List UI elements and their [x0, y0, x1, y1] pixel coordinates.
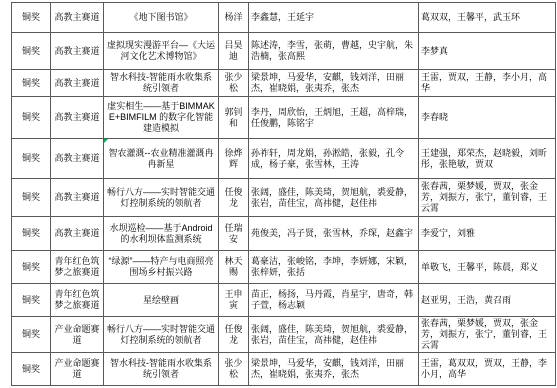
- cell-advisors[interactable]: 王建强，郑荣杰，赵晓毅，刘昕彤，张艳敏，贾双: [419, 139, 556, 179]
- cell-award[interactable]: 铜奖: [12, 251, 51, 284]
- cell-advisors[interactable]: 赵亚男，王浩，黄召雨: [419, 284, 556, 317]
- cell-team[interactable]: 梁景坤，马爱华，安麒，钱刘洋，田丽杰，崔晓娟，张夷乔，张杰: [249, 70, 419, 97]
- cell-award[interactable]: 铜奖: [12, 3, 51, 33]
- cell-award[interactable]: 铜奖: [12, 284, 51, 317]
- cell-team[interactable]: 苑俊美，冯子贤，张雪林，乔琛，赵鑫宇: [249, 217, 419, 251]
- cell-leader[interactable]: 任俊龙: [219, 179, 249, 217]
- green-note-indicator-icon: [104, 139, 108, 143]
- cell-track[interactable]: 青年红色筑梦之旅赛道: [51, 251, 104, 284]
- cell-advisors[interactable]: 张春茜，栗梦媛，贾双，张金芳，刘振方，张宁，董钊睿，王云霄: [419, 179, 556, 217]
- cell-leader[interactable]: 徐烨辉: [219, 139, 249, 179]
- cell-award[interactable]: 铜奖: [12, 179, 51, 217]
- cell-project[interactable]: 虚拟现实漫游平台—《大运河文化艺术博物馆》: [104, 33, 219, 70]
- cell-advisors[interactable]: 张春茜，栗梦媛，贾双，张金芳，刘振方，张宁，董钊睿，王云霄: [419, 317, 556, 353]
- table-row: 铜奖高教主赛道水坝巡检——基于Android的水利坝体监测系统任瑞安苑俊美，冯子…: [12, 217, 556, 251]
- table-row: 铜奖高教主赛道智农灌溉--农业精准灌溉冉冉新星徐烨辉孙祚轩，周龙娟，孙淞皓，张毅…: [12, 139, 556, 179]
- cell-project[interactable]: 水坝巡检——基于Android的水利坝体监测系统: [104, 217, 219, 251]
- cell-leader[interactable]: 任俊龙: [219, 317, 249, 353]
- cell-team[interactable]: 陈述涛，李雪，张萌，曹越，史宇航，朱浩楠，张高熙: [249, 33, 419, 70]
- cell-advisors[interactable]: 王雷，葛双双，贾双，王静，李小月，高华: [419, 353, 556, 386]
- cell-track[interactable]: 高教主赛道: [51, 33, 104, 70]
- cell-team[interactable]: 梁景坤，马爱华，安麒，钱刘洋，田丽杰，崔晓娟，张夷乔，张杰: [249, 353, 419, 386]
- cell-advisors[interactable]: 李春晓: [419, 97, 556, 139]
- cell-advisors[interactable]: 葛双双，王馨平，武玉环: [419, 3, 556, 33]
- table-row: 铜奖高教主赛道虚实相生——基于BIMMAKE+BIMFILM 的数字化智能建造模…: [12, 97, 556, 139]
- cell-award[interactable]: 铜奖: [12, 217, 51, 251]
- awards-table-body: 铜奖高教主赛道《地下图书馆》杨洋李鑫慧，王延宇葛双双，王馨平，武玉环铜奖高教主赛…: [12, 3, 556, 386]
- cell-team[interactable]: 孙祚轩，周龙娟，孙淞皓，张毅，孔令成，杨子豪，张雪林，王涛: [249, 139, 419, 179]
- cell-project[interactable]: “绿源”——特产与电商照亮围场乡村振兴路: [104, 251, 219, 284]
- cell-award[interactable]: 铜奖: [12, 97, 51, 139]
- table-row: 铜奖产业命题赛道畅行八方——实时智能交通灯控制系统的领航者任俊龙张阔，盛佳，陈美…: [12, 317, 556, 353]
- cell-advisors[interactable]: 李梦真: [419, 33, 556, 70]
- cell-team[interactable]: 李丹，周欣怡，王炳旭，王超，高梓瑞，任俊鹏，陈铭宇: [249, 97, 419, 139]
- cell-award[interactable]: 铜奖: [12, 70, 51, 97]
- cell-award[interactable]: 铜奖: [12, 33, 51, 70]
- cell-team[interactable]: 葛豪洁，张峻铭，李坤，李妍娜，宋颖，张梓妍，张括: [249, 251, 419, 284]
- cell-leader[interactable]: 王申寅: [219, 284, 249, 317]
- cell-leader[interactable]: 吕昊迪: [219, 33, 249, 70]
- cell-leader[interactable]: 任瑞安: [219, 217, 249, 251]
- cell-award[interactable]: 铜奖: [12, 139, 51, 179]
- cell-track[interactable]: 高教主赛道: [51, 97, 104, 139]
- cell-leader[interactable]: 杨洋: [219, 3, 249, 33]
- cell-track[interactable]: 高教主赛道: [51, 139, 104, 179]
- spreadsheet-area: 铜奖高教主赛道《地下图书馆》杨洋李鑫慧，王延宇葛双双，王馨平，武玉环铜奖高教主赛…: [0, 0, 557, 388]
- cell-project[interactable]: 智水科技-智能雨水收集系统引领者: [104, 70, 219, 97]
- cell-project[interactable]: 畅行八方——实时智能交通灯控制系统的领航者: [104, 317, 219, 353]
- cell-advisors[interactable]: 王雷，贾双，王静，李小月，高华: [419, 70, 556, 97]
- table-row: 铜奖高教主赛道畅行八方——实时智能交通灯控制系统的领航者任俊龙张阔，盛佳，陈美琦…: [12, 179, 556, 217]
- table-row: 铜奖产业命题赛道智水科技-智能雨水收集系统引领者张少松梁景坤，马爱华，安麒，钱刘…: [12, 353, 556, 386]
- table-row: 铜奖青年红色筑梦之旅赛道“绿源”——特产与电商照亮围场乡村振兴路林天赐葛豪洁，张…: [12, 251, 556, 284]
- cell-team[interactable]: 张阔，盛佳，陈美琦，贺旭航，裘爱静，张岩，苗佳宝，高祎健，赵佳祎: [249, 317, 419, 353]
- cell-track[interactable]: 产业命题赛道: [51, 353, 104, 386]
- table-row: 铜奖高教主赛道《地下图书馆》杨洋李鑫慧，王延宇葛双双，王馨平，武玉环: [12, 3, 556, 33]
- cell-leader[interactable]: 张少松: [219, 353, 249, 386]
- cell-track[interactable]: 高教主赛道: [51, 179, 104, 217]
- cell-award[interactable]: 铜奖: [12, 353, 51, 386]
- cell-project[interactable]: 智农灌溉--农业精准灌溉冉冉新星: [104, 139, 219, 179]
- cell-team[interactable]: 李鑫慧，王延宇: [249, 3, 419, 33]
- table-row: 铜奖高教主赛道智水科技-智能雨水收集系统引领者张少松梁景坤，马爱华，安麒，钱刘洋…: [12, 70, 556, 97]
- cell-leader[interactable]: 张少松: [219, 70, 249, 97]
- cell-track[interactable]: 青年红色筑梦之旅赛道: [51, 284, 104, 317]
- cell-track[interactable]: 产业命题赛道: [51, 317, 104, 353]
- cell-advisors[interactable]: 李爱宁，刘雅: [419, 217, 556, 251]
- cell-advisors[interactable]: 单敬飞，王馨平，陈晨，郑义: [419, 251, 556, 284]
- cell-track[interactable]: 高教主赛道: [51, 217, 104, 251]
- cell-leader[interactable]: 林天赐: [219, 251, 249, 284]
- cell-award[interactable]: 铜奖: [12, 317, 51, 353]
- cell-project[interactable]: 智水科技-智能雨水收集系统引领者: [104, 353, 219, 386]
- cell-track[interactable]: 高教主赛道: [51, 70, 104, 97]
- cell-project[interactable]: 星绘壁画: [104, 284, 219, 317]
- table-row: 铜奖青年红色筑梦之旅赛道星绘壁画王申寅苗正，杨扬，马丹霞，肖星宇，唐奇，韩子萱，…: [12, 284, 556, 317]
- awards-table: 铜奖高教主赛道《地下图书馆》杨洋李鑫慧，王延宇葛双双，王馨平，武玉环铜奖高教主赛…: [11, 2, 556, 386]
- cell-project[interactable]: 畅行八方——实时智能交通灯控制系统的领航者: [104, 179, 219, 217]
- cell-leader[interactable]: 郭钊和: [219, 97, 249, 139]
- cell-team[interactable]: 苗正，杨扬，马丹霞，肖星宇，唐奇，韩子萱，杨志颖: [249, 284, 419, 317]
- cell-project[interactable]: 《地下图书馆》: [104, 3, 219, 33]
- cell-team[interactable]: 张阔，盛佳，陈美琦，贺旭航，裘爱静，张岩，苗佳宝，高祎健，赵佳祎: [249, 179, 419, 217]
- cell-track[interactable]: 高教主赛道: [51, 3, 104, 33]
- table-row: 铜奖高教主赛道虚拟现实漫游平台—《大运河文化艺术博物馆》吕昊迪陈述涛，李雪，张萌…: [12, 33, 556, 70]
- cell-project[interactable]: 虚实相生——基于BIMMAKE+BIMFILM 的数字化智能建造模拟: [104, 97, 219, 139]
